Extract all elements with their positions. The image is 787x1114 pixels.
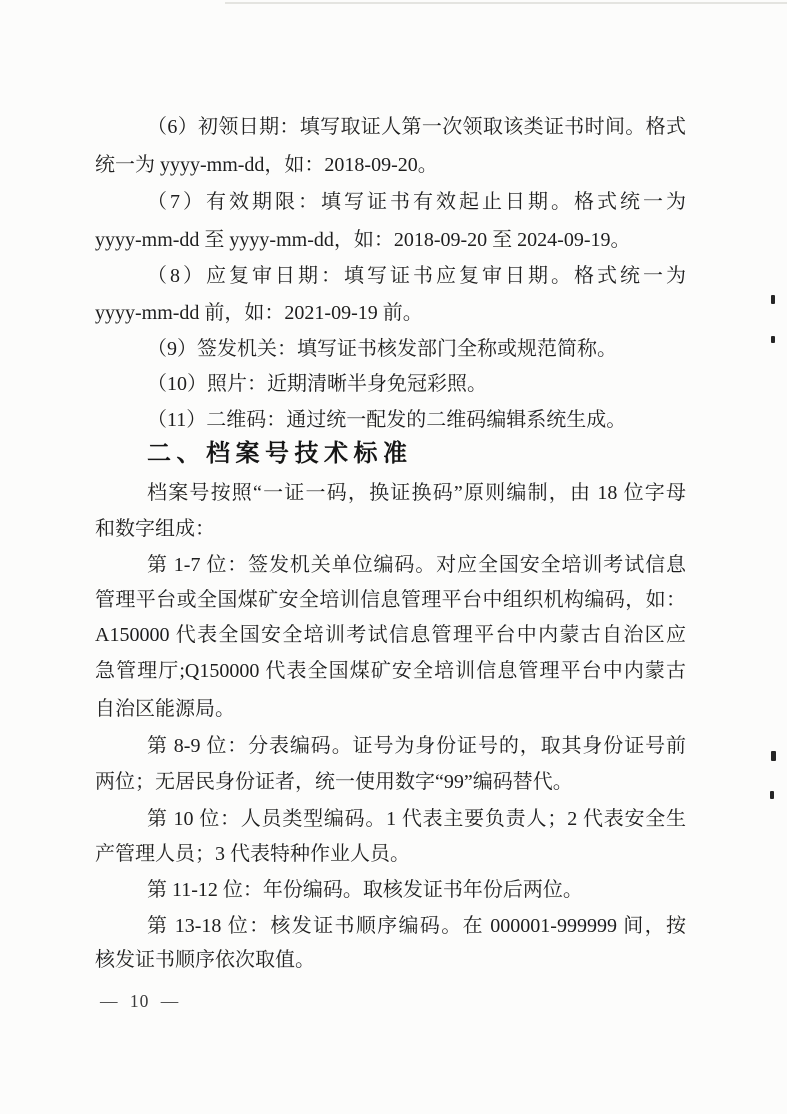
- section-heading: 二、档案号技术标准: [95, 440, 686, 470]
- paragraph-line: 急管理厅;Q150000 代表全国煤矿安全培训信息管理平台中内蒙古: [95, 657, 686, 687]
- scan-artifact-speck: [770, 791, 774, 799]
- scan-artifact-speck: [771, 751, 776, 761]
- paragraph-line: 统一为 yyyy-mm-dd，如：2018-09-20。: [95, 151, 686, 181]
- paragraph-first-line: 第 1-7 位：签发机关单位编码。对应全国安全培训考试信息: [95, 551, 686, 581]
- scan-artifact-line: [225, 2, 787, 4]
- page-number: — 10 —: [100, 991, 179, 1012]
- paragraph-line: yyyy-mm-dd 前，如：2021-09-19 前。: [95, 299, 686, 329]
- paragraph-line: yyyy-mm-dd 至 yyyy-mm-dd，如：2018-09-20 至 2…: [95, 226, 686, 256]
- paragraph-first-line: （8）应复审日期：填写证书应复审日期。格式统一为: [95, 262, 686, 292]
- paragraph-line: 产管理人员；3 代表特种作业人员。: [95, 840, 686, 870]
- paragraph-first-line: 第 11-12 位：年份编码。取核发证书年份后两位。: [95, 876, 686, 906]
- paragraph-first-line: （6）初领日期：填写取证人第一次领取该类证书时间。格式: [95, 113, 686, 143]
- paragraph-first-line: 第 10 位：人员类型编码。1 代表主要负责人；2 代表安全生: [95, 805, 686, 835]
- paragraph-first-line: 第 8-9 位：分表编码。证号为身份证号的，取其身份证号前: [95, 732, 686, 762]
- paragraph-line: 和数字组成：: [95, 515, 686, 545]
- document-page: （6）初领日期：填写取证人第一次领取该类证书时间。格式 统一为 yyyy-mm-…: [0, 0, 787, 1114]
- paragraph-first-line: （10）照片：近期清晰半身免冠彩照。: [95, 370, 686, 400]
- paragraph-line: 核发证书顺序依次取值。: [95, 946, 686, 976]
- paragraph-line: 自治区能源局。: [95, 695, 686, 725]
- paragraph-line: A150000 代表全国安全培训考试信息管理平台中内蒙古自治区应: [95, 621, 686, 651]
- scan-artifact-speck: [771, 336, 775, 343]
- paragraph-first-line: （7）有效期限：填写证书有效起止日期。格式统一为: [95, 188, 686, 218]
- paragraph-first-line: 第 13-18 位：核发证书顺序编码。在 000001-999999 间，按: [95, 912, 686, 942]
- paragraph-line: 两位；无居民身份证者，统一使用数字“99”编码替代。: [95, 768, 686, 798]
- paragraph-line: 管理平台或全国煤矿安全培训信息管理平台中组织机构编码，如：: [95, 586, 686, 616]
- scan-artifact-speck: [771, 295, 775, 304]
- paragraph-first-line: （9）签发机关：填写证书核发部门全称或规范简称。: [95, 335, 686, 365]
- paragraph-first-line: 档案号按照“一证一码，换证换码”原则编制，由 18 位字母: [95, 479, 686, 509]
- paragraph-first-line: （11）二维码：通过统一配发的二维码编辑系统生成。: [95, 406, 686, 436]
